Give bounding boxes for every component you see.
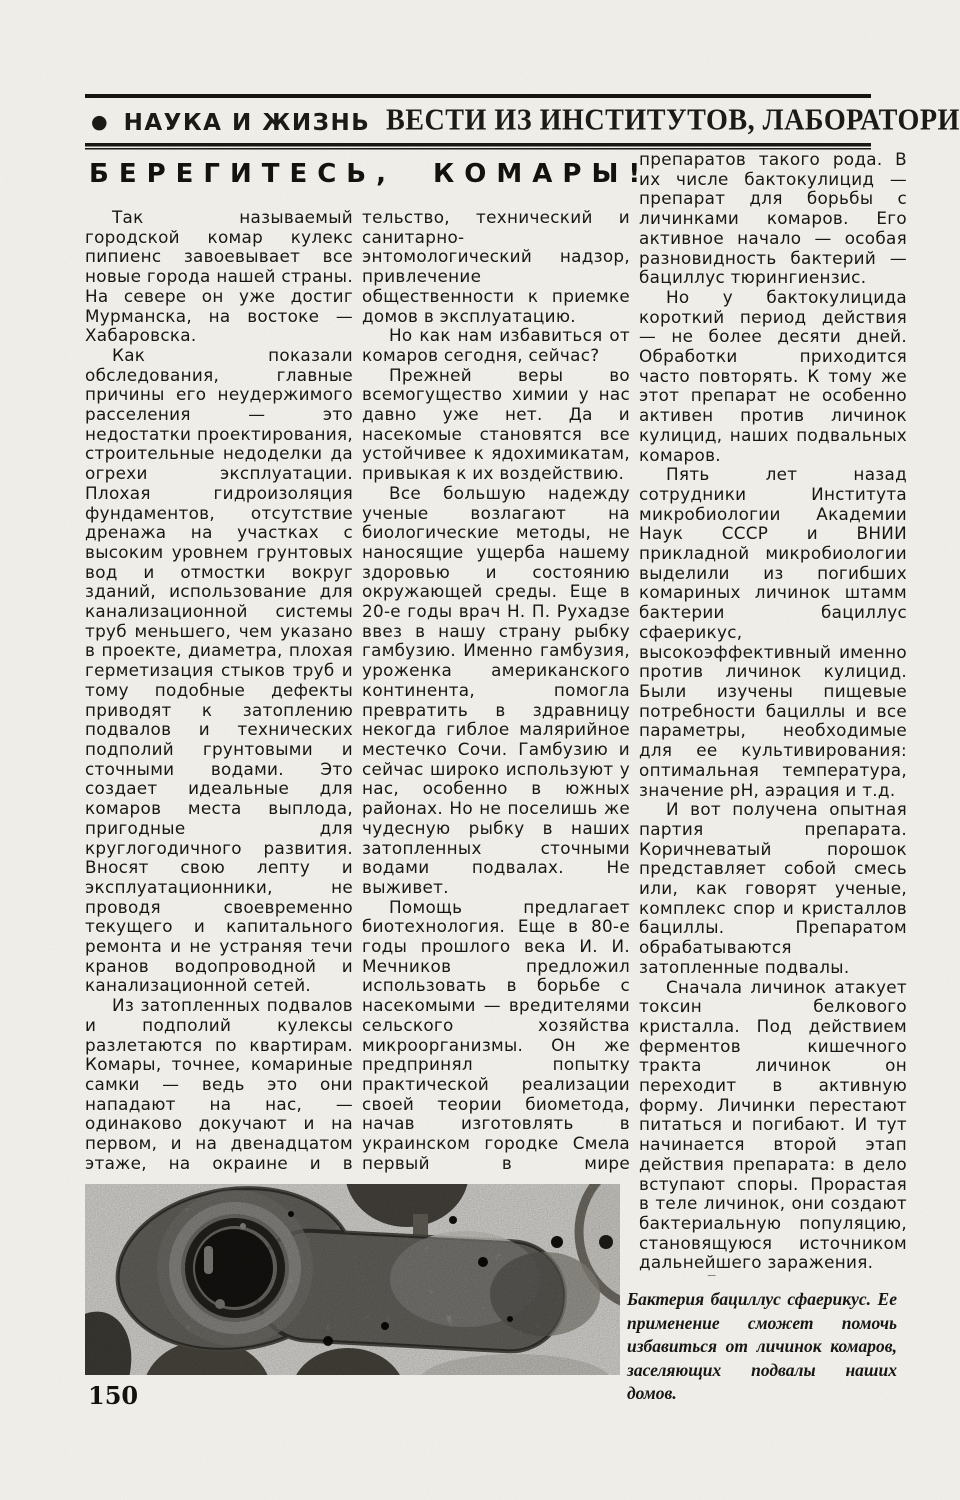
figure-caption: Бактерия бациллус сфаерикус. Ее применен…	[627, 1288, 897, 1406]
magazine-title: НАУКА И ЖИЗНЬ	[124, 110, 371, 136]
text-column-3: препаратов такого рода. В их числе бакто…	[639, 150, 907, 1276]
paragraph: Из затопленных подвалов и подполий кулек…	[85, 996, 353, 1174]
masthead-rule-bottom	[85, 143, 871, 150]
page-number: 150	[88, 1381, 138, 1410]
paragraph: И вот получена опытная партия препарата.…	[639, 800, 907, 977]
masthead-row: ● НАУКА И ЖИЗНЬ ВЕСТИ ИЗ ИНСТИТУТОВ, ЛАБ…	[85, 98, 871, 143]
paragraph: Пять лет назад сотрудники Института микр…	[639, 465, 907, 800]
paragraph: Сначала личинок атакует токсин белкового…	[639, 978, 907, 1274]
paragraph: Но у бактокулицида короткий период дейст…	[639, 288, 907, 465]
paragraph: Как показали обследования, главные причи…	[85, 346, 353, 996]
bacteria-micrograph	[85, 1184, 620, 1375]
paragraph: Так называемый городской комар кулекс пи…	[85, 208, 353, 346]
section-title: ВЕСТИ ИЗ ИНСТИТУТОВ, ЛАБОРАТОРИЙ, ЭКСПЕД…	[386, 104, 960, 138]
paragraph: Помощь предлагает биотехнология. Еще в 8…	[362, 898, 630, 1174]
bullet-icon: ●	[91, 113, 108, 132]
paragraph: Но как нам избавиться от комаров сегодня…	[362, 326, 630, 365]
paragraph: — Биопрепарат хорош своей способностью к…	[639, 1273, 907, 1276]
text-column-2: тельство, технический и санитарно-энтомо…	[362, 208, 630, 1174]
paragraph: Все большую надежду ученые возлагают на …	[362, 484, 630, 898]
article-title: БЕРЕГИТЕСЬ, КОМАРЫ!	[89, 159, 629, 189]
paragraph: тельство, технический и санитарно-энтомо…	[362, 208, 630, 326]
paragraph: препаратов такого рода. В их числе бакто…	[639, 150, 907, 288]
paragraph: Прежней веры во всемогущество химии у на…	[362, 366, 630, 484]
text-column-1: Так называемый городской комар кулекс пи…	[85, 208, 353, 1174]
masthead: ● НАУКА И ЖИЗНЬ ВЕСТИ ИЗ ИНСТИТУТОВ, ЛАБ…	[85, 94, 871, 150]
